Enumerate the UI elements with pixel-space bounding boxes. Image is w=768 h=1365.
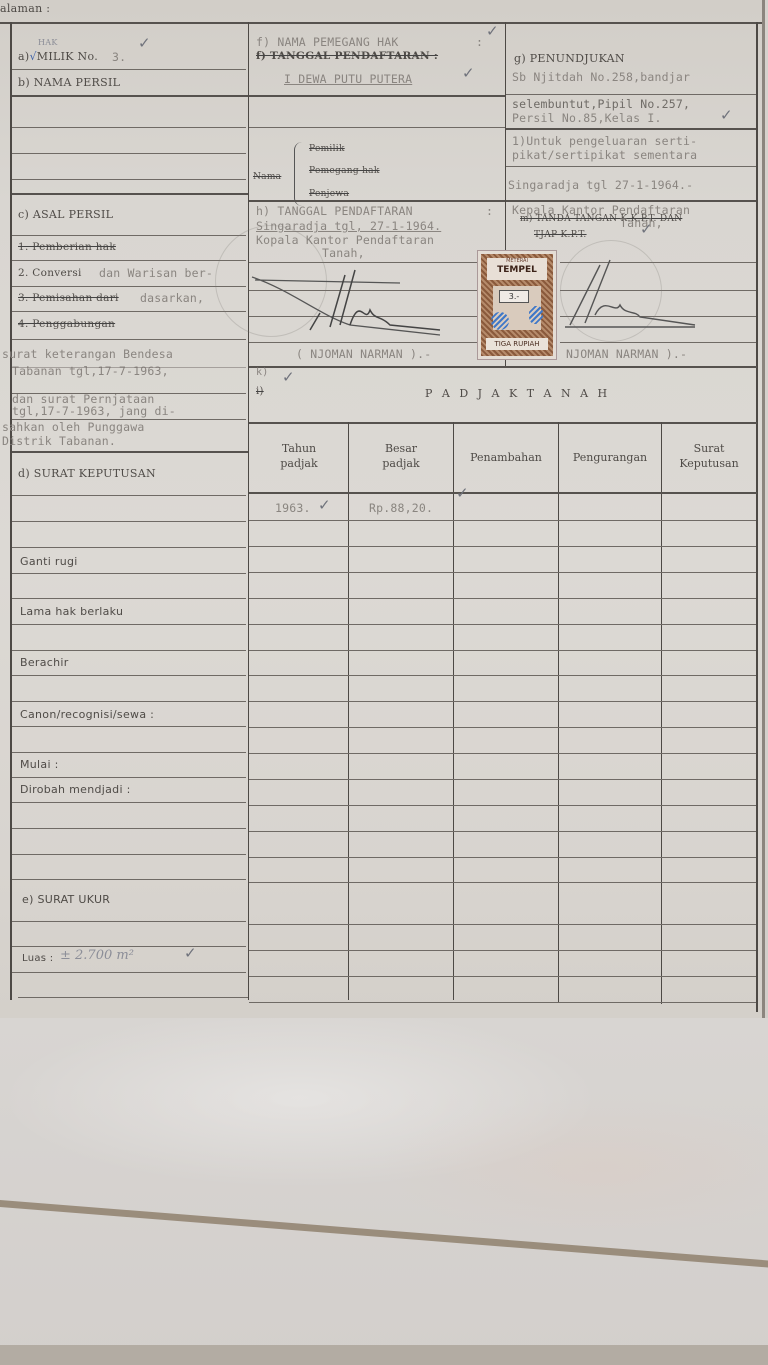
- field-i-label: i): [256, 386, 264, 397]
- check-mark-icon: ✓: [138, 34, 151, 52]
- rule: [506, 166, 756, 167]
- tax-row-rule: [249, 1002, 756, 1003]
- tax-row-rule: [249, 598, 756, 599]
- asal-description-line-4: tgl,17-7-1963, jang di-: [12, 404, 176, 418]
- luas-label: Luas :: [22, 953, 53, 964]
- hak-handwritten-insert: HAK: [38, 38, 58, 47]
- rule: [12, 946, 246, 947]
- divider-left-middle: [248, 22, 249, 1000]
- asal-option-pemisahan: 3. Pemisahan dari: [18, 292, 119, 304]
- stamp-cancellation-mark: [529, 306, 543, 324]
- tax-header-surat-keputusan: SuratKeputusan: [662, 441, 756, 471]
- field-e-label: e) SURAT UKUR: [22, 893, 110, 906]
- tax-col-divider: [558, 422, 559, 1002]
- field-a-milik-label: MILIK No.: [37, 50, 98, 63]
- tax-table-title: P A D J A K T A N A H: [425, 387, 610, 400]
- asal-description-line-1: surat keterangan Bendesa: [2, 347, 173, 361]
- tax-row-1-year: 1963.: [275, 501, 311, 515]
- tax-row-rule: [249, 882, 756, 883]
- check-mark-icon: ✓: [282, 368, 295, 386]
- tax-row-rule: [249, 831, 756, 832]
- rule: [12, 828, 246, 829]
- lama-hak-berlaku-label: Lama hak berlaku: [20, 605, 123, 618]
- note-line-2: pikat/sertipikat sementara: [512, 148, 697, 162]
- rule: [12, 802, 246, 803]
- penundjukan-line-1: Sb Njitdah No.258,bandjar: [512, 70, 690, 84]
- signatory-name-2: NJOMAN NARMAN ).-: [566, 347, 687, 361]
- canon-recognisi-sewa-label: Canon/recognisi/sewa :: [20, 708, 154, 721]
- rule: [12, 598, 246, 599]
- tax-row-rule: [249, 805, 756, 806]
- land-registry-document: alaman : HAK a)√MILIK No. 3. ✓ b) NAMA P…: [0, 0, 765, 1020]
- tax-row-rule: [249, 857, 756, 858]
- rule: [12, 547, 246, 548]
- rule: [12, 235, 246, 236]
- dirobah-mendjadi-label: Dirobah mendjadi :: [20, 783, 131, 796]
- tax-row-rule: [249, 924, 756, 925]
- tax-row-rule: [249, 675, 756, 676]
- floor-edge: [0, 1345, 768, 1365]
- tax-row-rule: [249, 753, 756, 754]
- tax-row-rule: [249, 727, 756, 728]
- stamp-bottom-text: TIGA RUPIAH: [486, 338, 548, 350]
- asal-option-penggabungan: 4. Penggabungan: [18, 318, 115, 330]
- check-mark-icon: ✓: [720, 106, 733, 124]
- rule: [12, 972, 246, 973]
- field-a-label: a)√MILIK No.: [18, 50, 98, 63]
- rule: [506, 128, 756, 130]
- signature-2-icon: [560, 255, 700, 335]
- nama-option-penjewa: Penjewa: [309, 189, 349, 199]
- page-header-label: alaman :: [0, 2, 50, 15]
- stamp-value: 3.-: [499, 290, 529, 303]
- rule: [12, 777, 246, 778]
- field-f-colon: :: [476, 35, 483, 49]
- rule: [12, 752, 246, 753]
- tax-header-bottom-rule: [249, 492, 757, 494]
- rule: [12, 521, 246, 522]
- tax-header-penambahan: Penambahan: [454, 450, 558, 465]
- tax-row-rule: [249, 650, 756, 651]
- asal-description-line-5: sahkan oleh Punggawa: [2, 420, 144, 434]
- check-mark-icon: ✓: [640, 220, 653, 238]
- rule: [12, 726, 246, 727]
- top-rule: [0, 22, 762, 24]
- stamp-cancellation-mark: [491, 312, 509, 330]
- nama-label: Nama: [253, 172, 281, 182]
- field-f-label: f) NAMA PEMEGANG HAK: [256, 35, 398, 49]
- rule: [12, 495, 246, 496]
- tax-col-divider: [661, 422, 662, 1004]
- rule: [12, 127, 246, 128]
- field-d-label: d) SURAT KEPUTUSAN: [18, 467, 156, 480]
- tax-row-rule: [249, 546, 756, 547]
- signature-1-icon: [250, 255, 450, 345]
- tax-row-rule: [249, 520, 756, 521]
- field-c-label: c) ASAL PERSIL: [18, 208, 113, 221]
- mulai-label: Mulai :: [20, 758, 59, 771]
- rule: [12, 675, 246, 676]
- rule: [12, 193, 248, 195]
- right-border: [756, 22, 758, 1012]
- tax-header-pengurangan: Pengurangan: [559, 450, 661, 465]
- rule: [12, 311, 246, 312]
- luas-handwritten-value: ± 2.700 m²: [60, 948, 134, 963]
- tax-header-besar-padjak: Besarpadjak: [349, 441, 453, 471]
- rule: [12, 624, 246, 625]
- rule: [249, 200, 505, 202]
- tax-row-rule: [249, 701, 756, 702]
- rule: [12, 153, 246, 154]
- tax-col-divider: [453, 422, 454, 1000]
- asal-description-line-6: Distrik Tabanan.: [2, 434, 116, 448]
- rule: [506, 200, 756, 202]
- rule: [12, 260, 246, 261]
- tax-col-divider: [348, 422, 349, 1000]
- asal-typed-line-2: dasarkan,: [140, 291, 204, 305]
- berachir-label: Berachir: [20, 656, 69, 669]
- rule: [12, 367, 246, 368]
- holder-name-value: I DEWA PUTU PUTERA: [284, 72, 412, 86]
- field-k-label: k): [256, 367, 268, 378]
- field-h-colon: :: [486, 204, 493, 218]
- nama-option-pemilik: Pemilik: [309, 144, 345, 154]
- rule: [12, 339, 246, 340]
- field-h-label: h) TANGGAL PENDAFTARAN: [256, 204, 413, 218]
- stamp-top-big-text: TEMPEL: [487, 265, 547, 276]
- nama-option-pemegang-hak: Pemegang hak: [309, 166, 380, 176]
- brace: [294, 142, 305, 206]
- tax-table-top-rule: [249, 422, 757, 424]
- check-mark-icon: ✓: [318, 496, 331, 514]
- check-mark-icon: ✓: [184, 944, 197, 962]
- revenue-stamp: METERAI TEMPEL 3.- TIGA RUPIAH: [477, 250, 557, 360]
- field-a-prefix: a): [18, 50, 29, 63]
- note-line-1: 1)Untuk pengeluaran serti-: [512, 134, 697, 148]
- penundjukan-line-2: selembuntut,Pipil No.257,: [512, 97, 690, 111]
- penundjukan-line-3: Persil No.85,Kelas I.: [512, 111, 662, 125]
- rule: [12, 879, 246, 880]
- stamp-top-small-text: METERAI: [487, 258, 547, 265]
- ganti-rugi-label: Ganti rugi: [20, 555, 78, 568]
- asal-typed-line-1: dan Warisan ber-: [99, 266, 213, 280]
- check-mark-icon: ✓: [462, 64, 475, 82]
- rule: [12, 854, 246, 855]
- right-sign-date: Singaradja tgl 27-1-1964.-: [508, 178, 693, 192]
- tax-row-rule: [249, 779, 756, 780]
- struck-tanggal-label: f) TANGGAL PENDAFTARAN :: [256, 50, 438, 62]
- tax-row-rule: [249, 950, 756, 951]
- rule: [12, 701, 246, 702]
- rule: [12, 650, 246, 651]
- rule: [12, 286, 246, 287]
- milik-number-value: 3.: [112, 50, 126, 64]
- rule: [506, 94, 756, 95]
- check-mark-icon: ✓: [456, 484, 469, 502]
- field-b-label: b) NAMA PERSIL: [18, 76, 120, 89]
- tax-row-rule: [249, 976, 756, 977]
- asal-option-conversi: 2. Conversi: [18, 267, 82, 279]
- rule: [249, 366, 757, 368]
- asal-option-pemberian-hak: 1. Pemberian hak: [18, 241, 116, 253]
- rule: [12, 573, 246, 574]
- rule: [12, 451, 248, 453]
- tax-row-rule: [249, 572, 756, 573]
- struck-tjap-label: TJAP K.P.T.: [534, 230, 587, 240]
- signatory-name-1: ( NJOMAN NARMAN ).-: [296, 347, 431, 361]
- tax-header-tahun-padjak: Tahunpadjak: [250, 441, 348, 471]
- rule: [560, 342, 756, 343]
- tax-row-1-amount: Rp.88,20.: [369, 501, 433, 515]
- rule: [12, 179, 246, 180]
- marble-surface-background: [0, 1018, 768, 1365]
- rule: [12, 921, 246, 922]
- rule: [18, 997, 248, 998]
- rule: [249, 95, 505, 97]
- tax-row-rule: [249, 624, 756, 625]
- field-g-label: g) PENUNDJUKAN: [514, 52, 625, 65]
- check-mark-icon: ✓: [486, 22, 499, 40]
- rule: [12, 95, 248, 97]
- rule: [12, 69, 246, 70]
- rule: [249, 127, 505, 128]
